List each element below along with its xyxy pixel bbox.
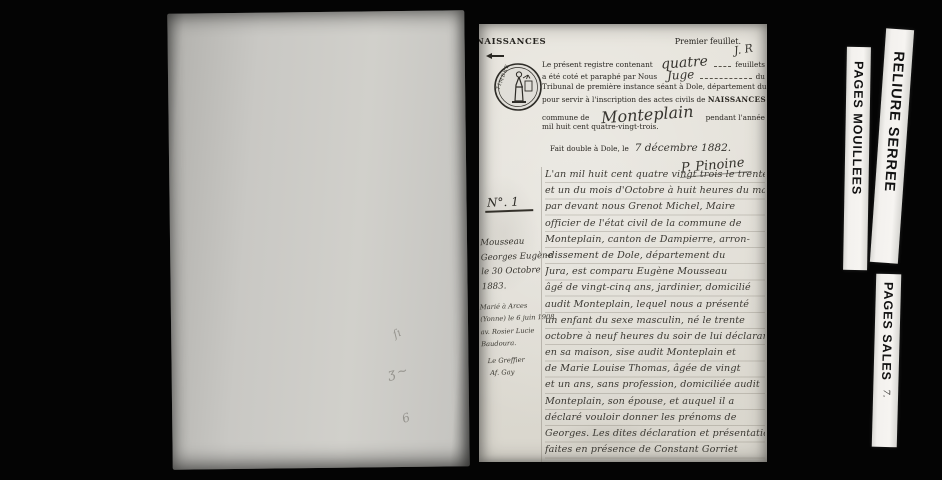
act-text-line: -dissement de Dole, département du (545, 248, 765, 264)
child-name-note: Mousseau Georges Eugène le 30 Octobre 18… (480, 234, 554, 294)
ink-smudge: 6 (400, 410, 412, 426)
act-text-line: un enfant du sexe masculin, né le trente (545, 313, 765, 329)
act-text: L'an mil huit cent quatre vingt trois le… (545, 167, 765, 462)
margin-line: Georges Eugène (481, 248, 553, 265)
margin-line: 1883. (482, 277, 554, 294)
form-text: Tribunal de première instance séant à Do… (542, 82, 767, 91)
fill-rule (714, 65, 732, 67)
flag-label: PAGES MOUILLEES (849, 61, 865, 195)
scanned-register-photo: ſı ʒ~ 6 NAISSANCES Premier feuillet. J. … (0, 0, 942, 480)
handwritten-date: 7 décembre 1882. (635, 142, 731, 154)
act-text-line: en sa maison, sise audit Monteplain et (545, 345, 765, 361)
handwritten-judge: Juge (667, 68, 695, 83)
form-text-bold: NAISSANCES (708, 95, 766, 104)
flag-pages-mouillees: PAGES MOUILLEES (843, 47, 871, 270)
form-text: du (756, 72, 765, 81)
act-text-line: Georges. Les dites déclaration et présen… (545, 426, 765, 442)
act-text-line: faites en présence de Constant Gorriet (545, 442, 765, 458)
flag-handwritten-note: 7. (881, 389, 891, 398)
form-text: a été coté et paraphé par Nous (542, 72, 657, 81)
ink-smudge: ſı (391, 326, 403, 341)
act-number: N°. 1 (485, 194, 533, 213)
fill-rule (700, 77, 751, 79)
section-heading: NAISSANCES (479, 37, 546, 47)
form-text: pendant l'année (706, 113, 765, 122)
act-margin: N°. 1 Mousseau Georges Eugène le 30 Octo… (479, 167, 542, 462)
form-text: feuillets (735, 60, 765, 69)
printed-form: Le présent registre contenant quatre feu… (542, 55, 765, 175)
act-text-line: âgé de vingt-cinq ans, jardinier, domici… (545, 280, 765, 296)
act-text-line: audit Monteplain, lequel nous a présenté (545, 297, 765, 313)
act-text-line: Monteplain, son épouse, et auquel il a (545, 394, 765, 410)
act-text-line: officier de l'état civil de la commune d… (545, 216, 765, 232)
act-text-line: octobre à neuf heures du soir de lui déc… (545, 329, 765, 345)
sheet-label: Premier feuillet. (675, 37, 741, 46)
act-text-line: de Marie Louise Thomas, âgée de vingt (545, 361, 765, 377)
register-title-page: NAISSANCES Premier feuillet. J. R TIMBRE… (479, 24, 767, 462)
act-text-line: et un du mois d'Octobre à huit heures du… (545, 183, 765, 199)
form-text: Le présent registre contenant (542, 60, 653, 69)
form-text: Fait double à Dole, le (550, 144, 629, 153)
act-text-line: par devant nous Grenot Michel, Maire (545, 199, 765, 215)
left-blank-page: ſı ʒ~ 6 (167, 10, 470, 470)
form-text: commune de (542, 113, 589, 122)
act-text-line: L'an mil huit cent quatre vingt trois le… (545, 167, 765, 183)
margin-note-line: (Yonne) le 6 juin 1908 (480, 311, 555, 326)
act-text-line: Monteplain, canton de Dampierre, arron- (545, 232, 765, 248)
flag-label: PAGES SALES (879, 282, 896, 381)
timbre-stamp-icon: TIMBRE (492, 61, 544, 113)
act-text-line: déclaré vouloir donner les prénoms de (545, 410, 765, 426)
act-text-line: et un ans, sans profession, domiciliée a… (545, 377, 765, 393)
flag-pages-sales: PAGES SALES 7. (872, 274, 902, 448)
flag-label: RELIURE SERREE (881, 51, 907, 193)
ink-smudge: ʒ~ (386, 363, 411, 383)
flag-reliure-serree: RELIURE SERREE (870, 28, 914, 263)
birth-act: N°. 1 Mousseau Georges Eugène le 30 Octo… (479, 167, 767, 462)
left-arrow-rule-icon (488, 55, 504, 57)
act-text-line: Jura, est comparu Eugène Mousseau (545, 264, 765, 280)
